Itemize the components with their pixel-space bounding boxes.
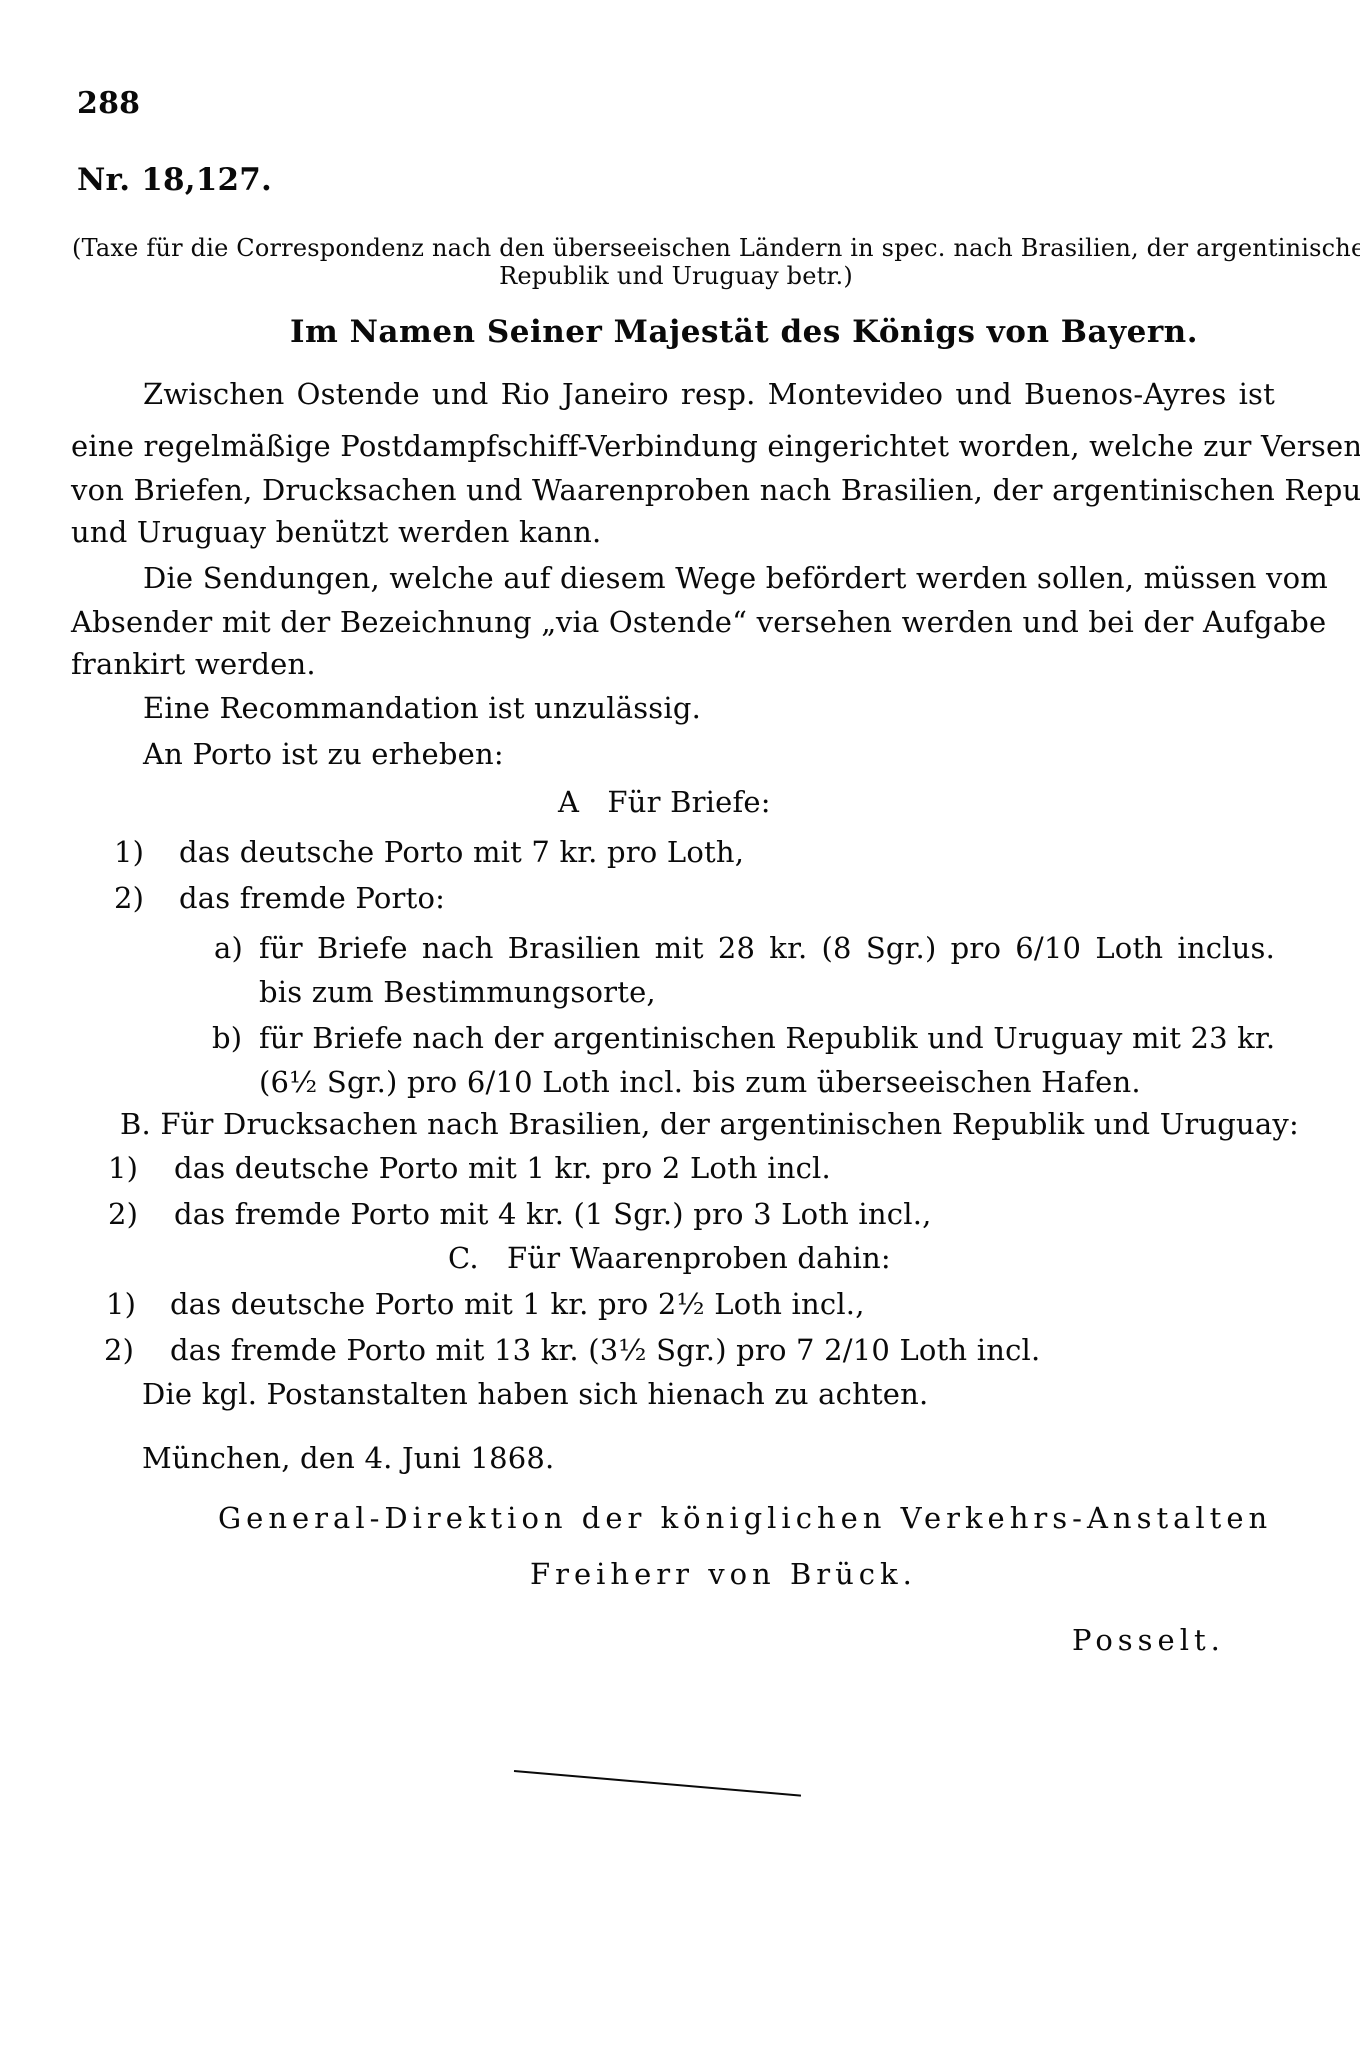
section-b-item-1-number: 1) [108, 1150, 138, 1186]
section-a-item-2-text: das fremde Porto: [179, 880, 445, 916]
closing-instruction: Die kgl. Postanstalten haben sich hienac… [142, 1376, 928, 1412]
subitem-b-line-1: für Briefe nach der argentinischen Repub… [259, 1020, 1275, 1056]
document-page: 288 Nr. 18,127. (Taxe für die Correspond… [0, 0, 1360, 2048]
section-b-item-2-number: 2) [108, 1196, 138, 1232]
paragraph-2-line-2: Absender mit der Bezeichnung „via Ostend… [71, 604, 1275, 640]
section-c-item-2-text: das fremde Porto mit 13 kr. (3½ Sgr.) pr… [170, 1332, 1040, 1368]
paragraph-1-line-2: eine regelmäßige Postdampfschiff-Verbind… [71, 428, 1275, 464]
paragraph-4: An Porto ist zu erheben: [143, 736, 504, 772]
paragraph-3: Eine Recommandation ist unzulässig. [143, 690, 701, 726]
paragraph-1-line-4: und Uruguay benützt werden kann. [71, 514, 601, 550]
section-b-item-1-text: das deutsche Porto mit 1 kr. pro 2 Loth … [174, 1150, 831, 1186]
subitem-a-line-2: bis zum Bestimmungsorte, [259, 974, 656, 1010]
document-number: Nr. 18,127. [77, 162, 272, 198]
section-a-item-1-number: 1) [114, 834, 144, 870]
subtitle-line-2: Republik und Uruguay betr.) [72, 258, 1280, 294]
page-heading: Im Namen Seiner Majestät des Königs von … [290, 314, 1060, 350]
issuing-authority: General-Direktion der königlichen Verkeh… [218, 1500, 1272, 1536]
paragraph-2-line-1: Die Sendungen, welche auf diesem Wege be… [143, 560, 1275, 596]
subitem-a-line-1: für Briefe nach Brasilien mit 28 kr. (8 … [259, 930, 1275, 966]
section-c-item-2-number: 2) [104, 1332, 134, 1368]
countersignatory: Posselt. [1072, 1622, 1225, 1658]
section-c-item-1-text: das deutsche Porto mit 1 kr. pro 2½ Loth… [170, 1286, 865, 1322]
subitem-b-label: b) [212, 1020, 242, 1056]
section-a-item-2-number: 2) [114, 880, 144, 916]
end-rule [514, 1770, 801, 1797]
paragraph-1-line-1: Zwischen Ostende und Rio Janeiro resp. M… [143, 376, 1275, 412]
paragraph-1-line-3: von Briefen, Drucksachen und Waarenprobe… [71, 472, 1275, 508]
section-a-title: A Für Briefe: [558, 784, 771, 820]
signatory: Freiherr von Brück. [530, 1556, 917, 1592]
subitem-b-line-2: (6½ Sgr.) pro 6/10 Loth incl. bis zum üb… [259, 1064, 1141, 1100]
section-b-title: B. Für Drucksachen nach Brasilien, der a… [120, 1106, 1299, 1142]
place-and-date: München, den 4. Juni 1868. [142, 1440, 554, 1476]
section-c-item-1-number: 1) [106, 1286, 136, 1322]
page-number: 288 [77, 86, 140, 122]
section-c-title: C. Für Waarenproben dahin: [448, 1240, 891, 1276]
paragraph-2-line-3: frankirt werden. [71, 646, 316, 682]
section-a-item-1-text: das deutsche Porto mit 7 kr. pro Loth, [179, 834, 744, 870]
section-b-item-2-text: das fremde Porto mit 4 kr. (1 Sgr.) pro … [174, 1196, 932, 1232]
subitem-a-label: a) [214, 930, 243, 966]
